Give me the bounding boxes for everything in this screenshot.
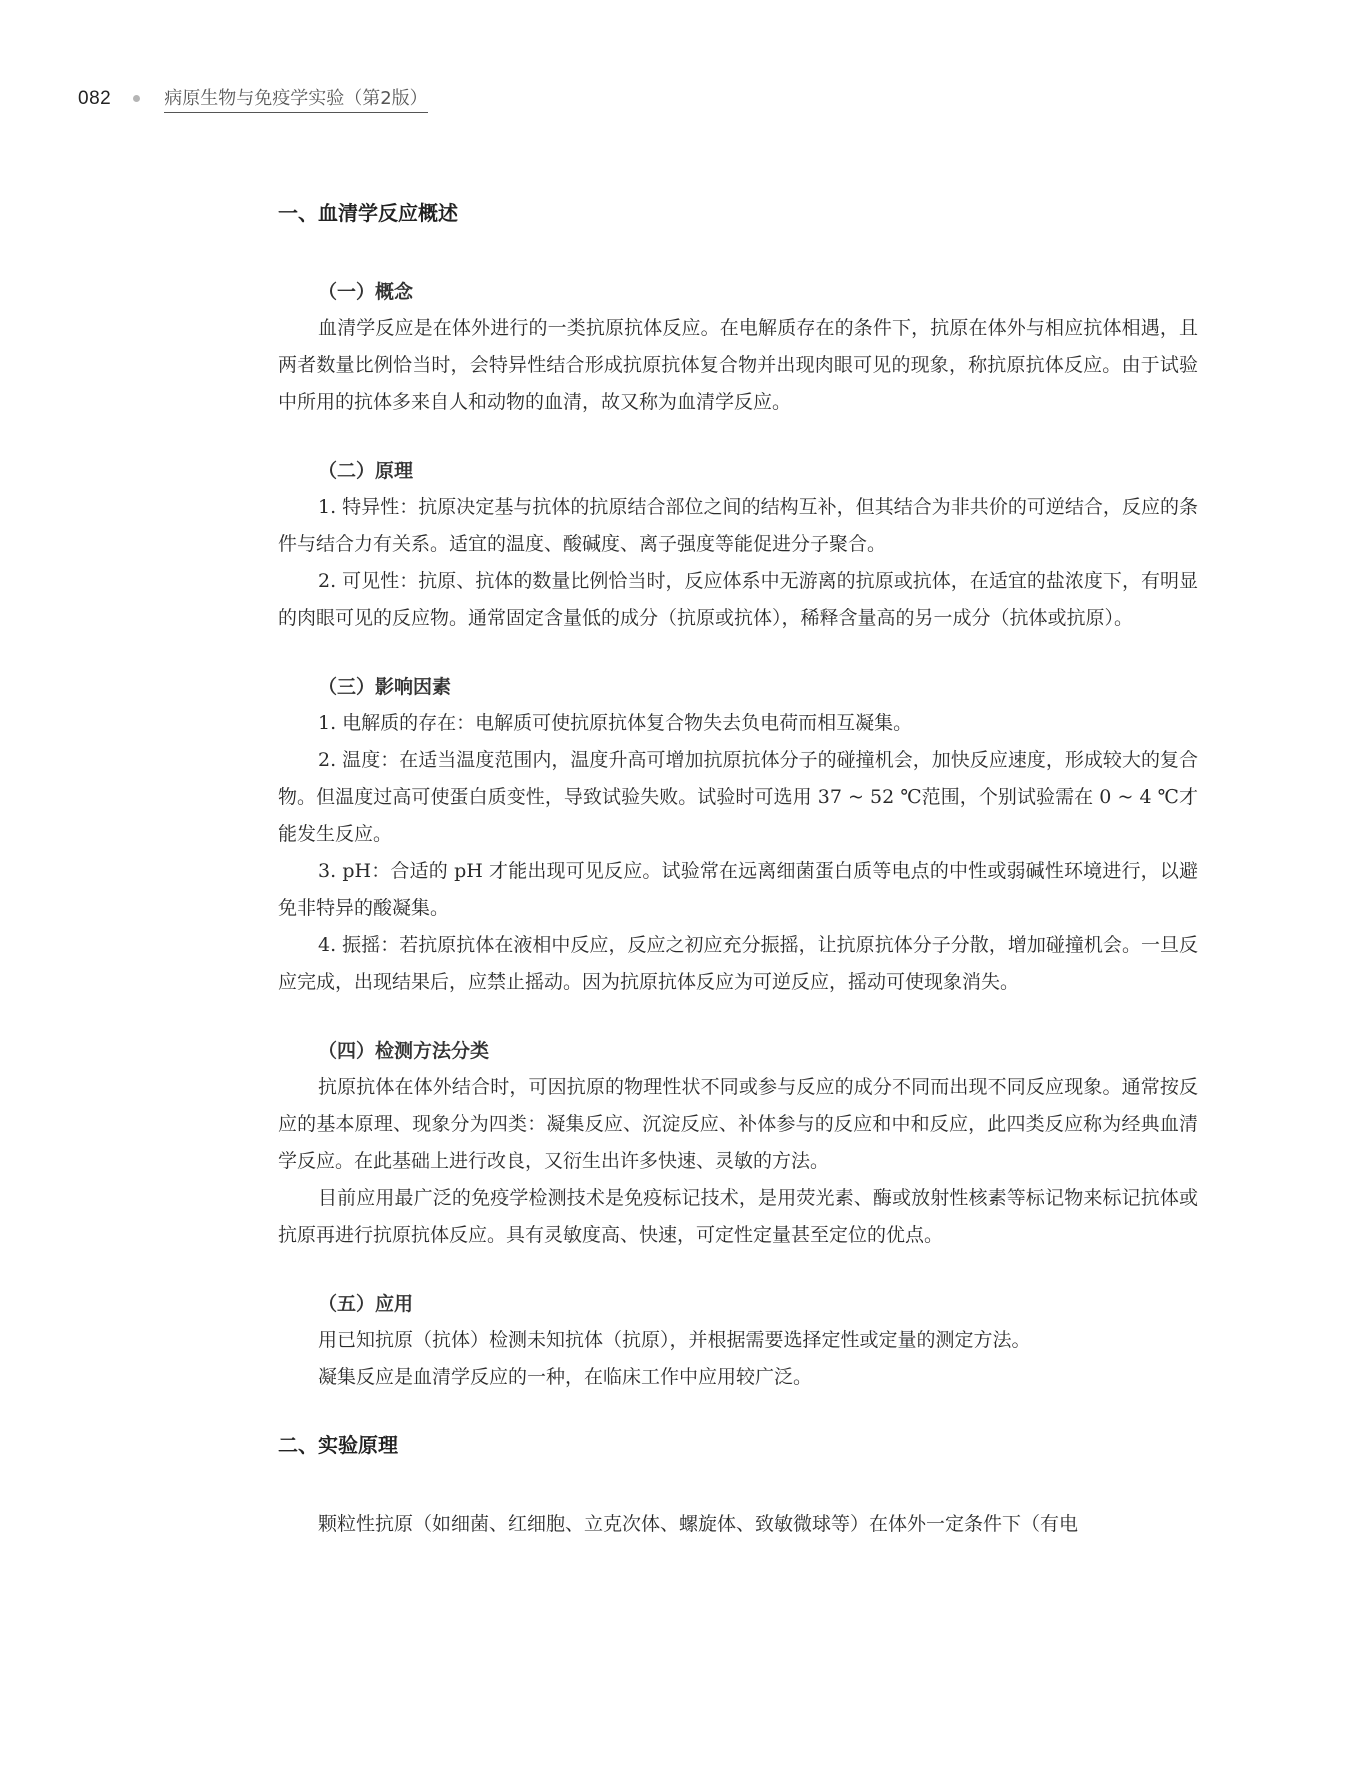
section-heading-overview: 一、血清学反应概述 [278, 196, 1198, 230]
subsection-heading-methods: （四）检测方法分类 [278, 1033, 1198, 1069]
paragraph: 4. 振摇：若抗原抗体在液相中反应，反应之初应充分振摇，让抗原抗体分子分散，增加… [278, 927, 1198, 1001]
paragraph: 抗原抗体在体外结合时，可因抗原的物理性状不同或参与反应的成分不同而出现不同反应现… [278, 1069, 1198, 1180]
subsection-heading-principle: （二）原理 [278, 453, 1198, 489]
subsection-heading-concept: （一）概念 [278, 274, 1198, 310]
paragraph: 2. 可见性：抗原、抗体的数量比例恰当时，反应体系中无游离的抗原或抗体，在适宜的… [278, 563, 1198, 637]
paragraph: 颗粒性抗原（如细菌、红细胞、立克次体、螺旋体、致敏微球等）在体外一定条件下（有电 [278, 1506, 1198, 1543]
bullet-dot-icon [133, 95, 140, 102]
paragraph: 1. 特异性：抗原决定基与抗体的抗原结合部位之间的结构互补，但其结合为非共价的可… [278, 489, 1198, 563]
paragraph: 用已知抗原（抗体）检测未知抗体（抗原），并根据需要选择定性或定量的测定方法。 [278, 1322, 1198, 1359]
page-number: 082 [78, 88, 111, 110]
section-heading-experiment-principle: 二、实验原理 [278, 1428, 1198, 1462]
paragraph: 3. pH：合适的 pH 才能出现可见反应。试验常在远离细菌蛋白质等电点的中性或… [278, 853, 1198, 927]
subsection-heading-application: （五）应用 [278, 1286, 1198, 1322]
paragraph: 凝集反应是血清学反应的一种，在临床工作中应用较广泛。 [278, 1359, 1198, 1396]
paragraph: 2. 温度：在适当温度范围内，温度升高可增加抗原抗体分子的碰撞机会，加快反应速度… [278, 742, 1198, 853]
book-title: 病原生物与免疫学实验（第2版） [164, 84, 427, 113]
paragraph: 1. 电解质的存在：电解质可使抗原抗体复合物失去负电荷而相互凝集。 [278, 705, 1198, 742]
paragraph: 目前应用最广泛的免疫学检测技术是免疫标记技术，是用荧光素、酶或放射性核素等标记物… [278, 1180, 1198, 1254]
running-head: 082 病原生物与免疫学实验（第2版） [78, 84, 428, 113]
paragraph: 血清学反应是在体外进行的一类抗原抗体反应。在电解质存在的条件下，抗原在体外与相应… [278, 310, 1198, 421]
subsection-heading-factors: （三）影响因素 [278, 669, 1198, 705]
page-body: 一、血清学反应概述 （一）概念 血清学反应是在体外进行的一类抗原抗体反应。在电解… [278, 196, 1198, 1543]
